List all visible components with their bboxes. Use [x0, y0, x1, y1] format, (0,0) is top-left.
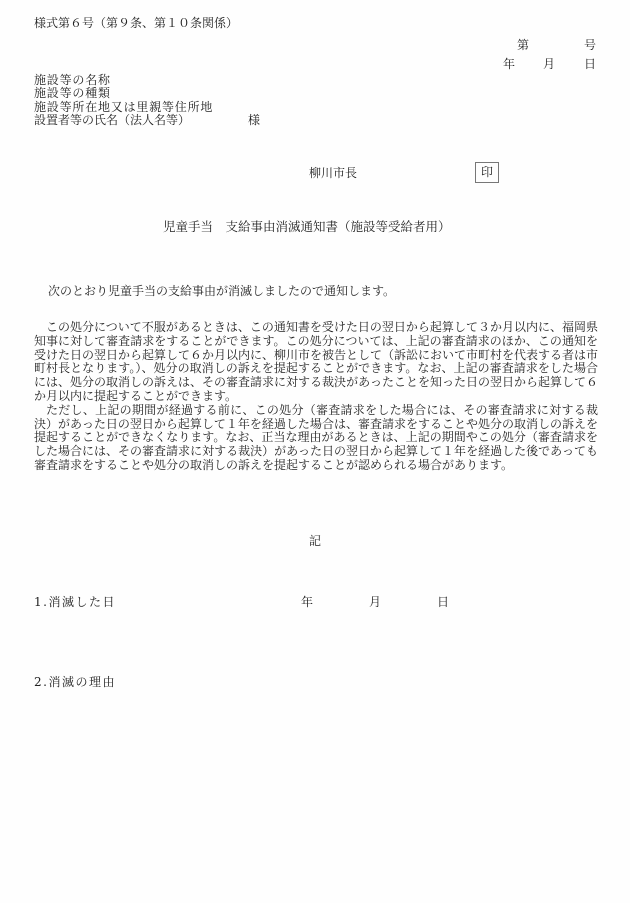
facility-address-label: 施設等所在地又は里親等住所地	[34, 101, 213, 114]
appeal-paragraph-2: ただし、上記の期間が経過する前に、この処分（審査請求をした場合には、その審査請求…	[34, 404, 598, 473]
item-extinction-reason-label: 2.消滅の理由	[34, 676, 116, 689]
issuer-name: 柳川市長	[309, 167, 357, 180]
appeal-paragraph-1: この処分について不服があるときは、この通知書を受けた日の翌日から起算して３か月以…	[34, 321, 598, 404]
number-suffix: 号	[584, 39, 596, 52]
extinction-year: 年	[301, 596, 313, 609]
facility-type-label: 施設等の種類	[34, 87, 213, 100]
extinction-day: 日	[437, 596, 449, 609]
number-prefix: 第	[517, 39, 529, 52]
intro-text: 次のとおり児童手当の支給事由が消滅しましたので通知します。	[48, 285, 395, 298]
issue-date-year: 年	[503, 58, 515, 71]
appeal-notice: この処分について不服があるときは、この通知書を受けた日の翌日から起算して３か月以…	[34, 321, 598, 473]
document-title: 児童手当 支給事由消滅通知書（施設等受給者用）	[163, 220, 451, 233]
issue-date-day: 日	[584, 58, 596, 71]
operator-name-row: 設置者等の氏名（法人名等） 様	[34, 114, 213, 127]
record-heading: 記	[309, 535, 321, 548]
seal-box: 印	[475, 162, 499, 183]
form-number: 様式第６号（第９条、第１０条関係）	[34, 17, 238, 30]
operator-name-label: 設置者等の氏名（法人名等）	[34, 113, 190, 127]
recipient-block: 施設等の名称 施設等の種類 施設等所在地又は里親等住所地 設置者等の氏名（法人名…	[34, 74, 213, 127]
issue-date-month: 月	[543, 58, 555, 71]
extinction-month: 月	[369, 596, 381, 609]
item-extinction-date-label: 1.消滅した日	[34, 596, 116, 609]
honorific: 様	[248, 114, 261, 127]
